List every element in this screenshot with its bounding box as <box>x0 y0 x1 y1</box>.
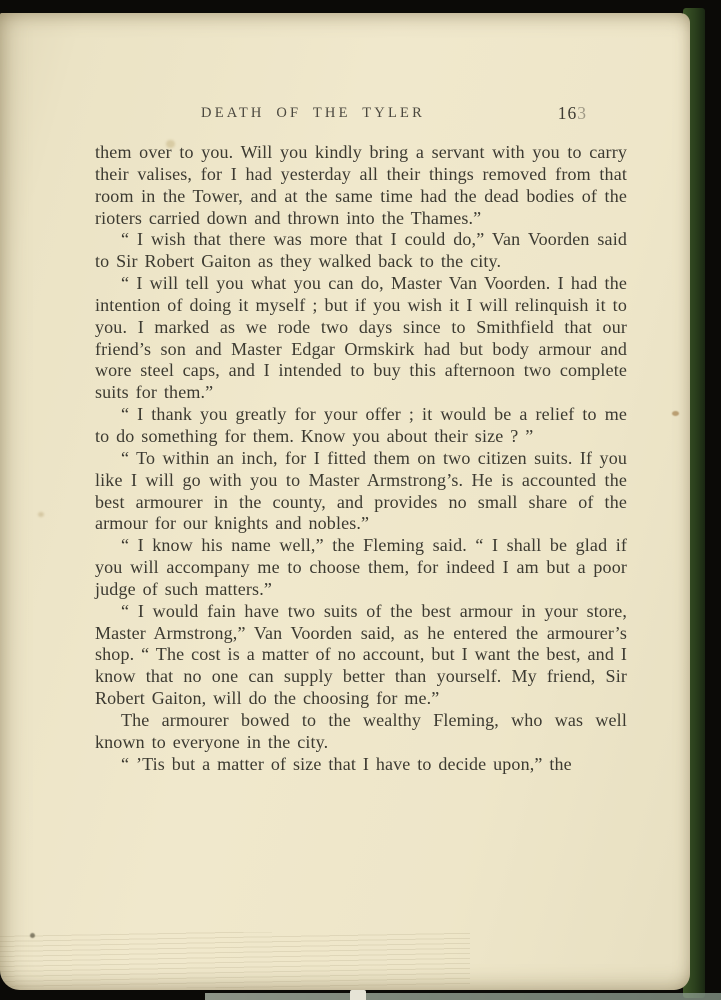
paragraph: “ I will tell you what you can do, Maste… <box>95 273 627 404</box>
paragraph: them over to you. Will you kindly bring … <box>95 142 627 229</box>
paragraph: “ I wish that there was more that I coul… <box>95 229 627 273</box>
stacked-page-edges <box>0 932 470 988</box>
paragraph: “ To within an inch, for I fitted them o… <box>95 448 627 535</box>
page-number-prefix: 16 <box>558 103 578 123</box>
running-header: DEATH OF THE TYLER 163 <box>95 105 627 129</box>
paragraph: “ I would fain have two suits of the bes… <box>95 601 627 710</box>
scanned-book-photo: DEATH OF THE TYLER 163 them over to you.… <box>0 0 721 1000</box>
page-number-last-digit: 3 <box>577 103 587 123</box>
running-title: DEATH OF THE TYLER <box>95 105 531 122</box>
paragraph: The armourer bowed to the wealthy Flemin… <box>95 710 627 754</box>
page-number: 163 <box>558 103 587 124</box>
paragraph: “ I know his name well,” the Fleming sai… <box>95 535 627 601</box>
page-edge-below <box>350 990 366 1000</box>
text-column: them over to you. Will you kindly bring … <box>95 142 627 775</box>
page-surface: DEATH OF THE TYLER 163 them over to you.… <box>0 13 690 990</box>
surface-below-page <box>205 993 721 1000</box>
paragraph: “ I thank you greatly for your offer ; i… <box>95 404 627 448</box>
paragraph: “ ’Tis but a matter of size that I have … <box>95 754 627 776</box>
